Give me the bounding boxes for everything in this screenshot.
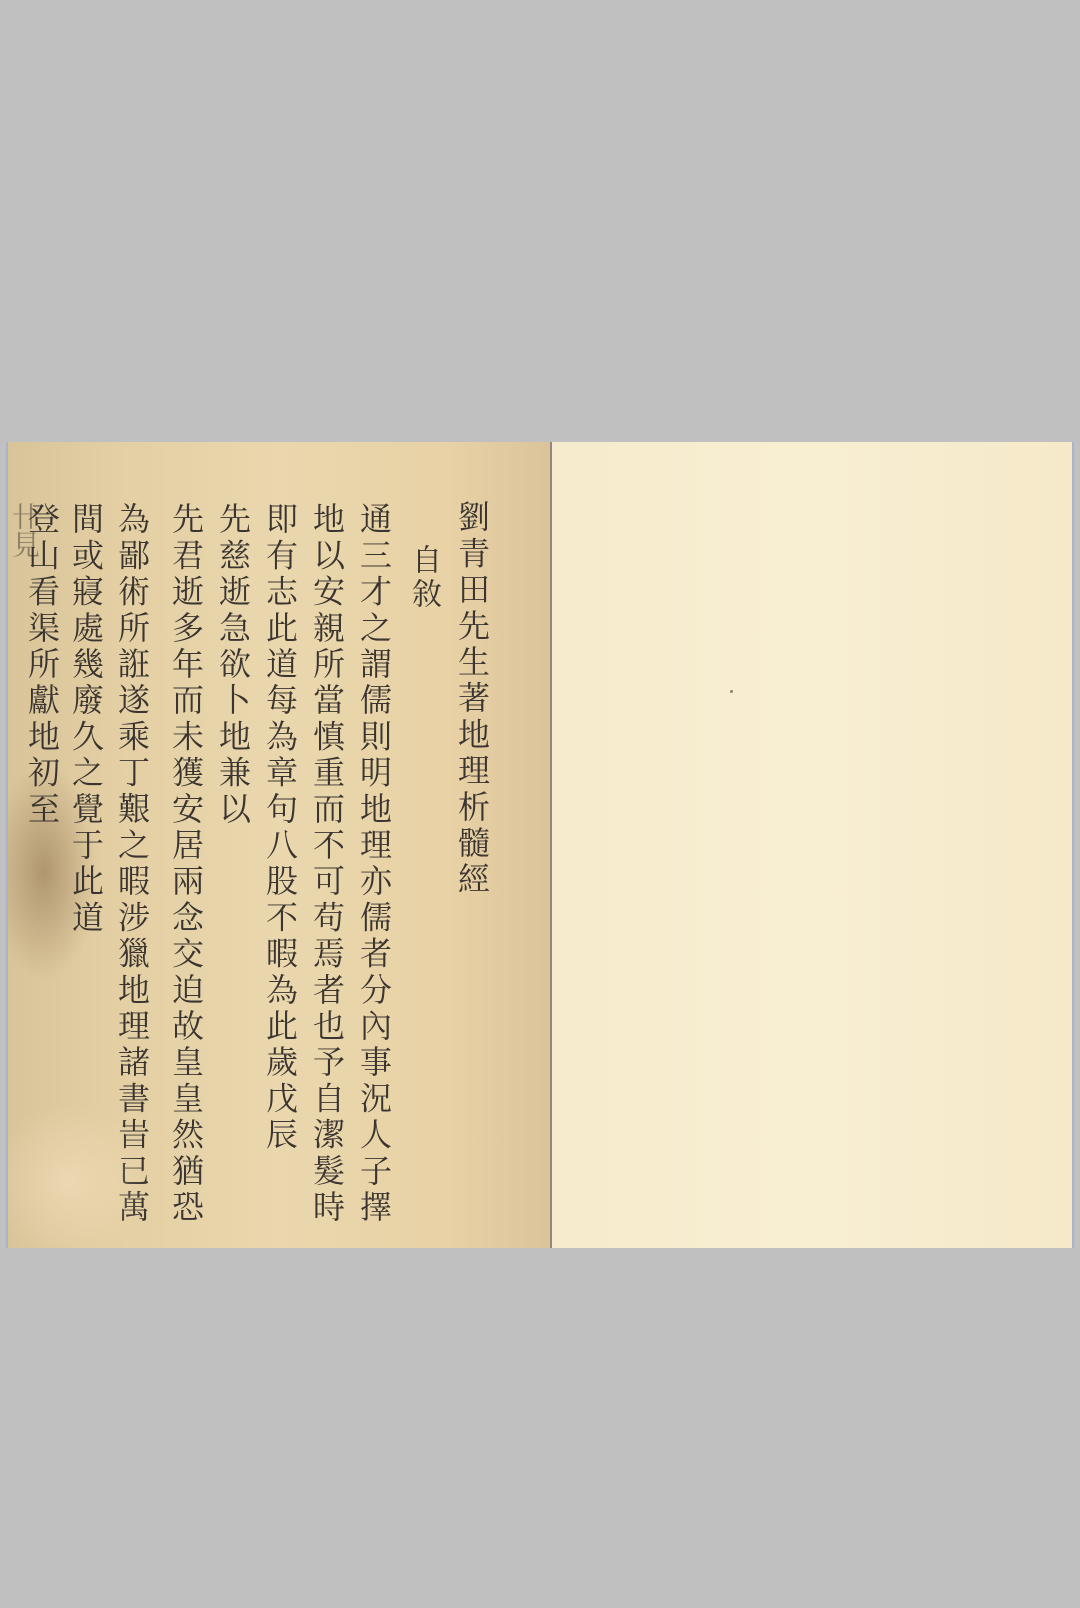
right-page-blank [552,442,1074,1248]
left-page: 卄見 劉青田先生著地理析髓經 自敘 通三才之謂儒則明地理亦儒者分內事況人子擇 地… [6,442,550,1248]
text-column-5: 先君逝多年而未獲安居兩念交迫故皇皇然猶恐 [170,502,202,1226]
section-heading: 自敘 [408,544,438,612]
text-column-8: 登山看渠所獻地初至 [26,502,58,828]
text-column-1: 通三才之謂儒則明地理亦儒者分內事況人子擇 [358,502,390,1226]
text-column-2: 地以安親所當慎重而不可苟焉者也予自潔髮時 [311,502,343,1226]
text-column-4: 先慈逝急欲卜地兼以 [217,502,249,828]
book-spread: 卄見 劉青田先生著地理析髓經 自敘 通三才之謂儒則明地理亦儒者分內事況人子擇 地… [6,442,1074,1248]
text-column-3: 即有志此道每為章句八股不暇為此歲戊辰 [264,502,296,1154]
book-title: 劉青田先生著地理析髓經 [456,500,488,898]
text-column-7: 間或寢處幾廢久之覺于此道 [70,502,102,936]
text-column-6: 為鄙術所誑遂乘丁艱之暇涉獵地理諸書旹已萬 [116,502,148,1226]
paper-speck [730,690,733,693]
